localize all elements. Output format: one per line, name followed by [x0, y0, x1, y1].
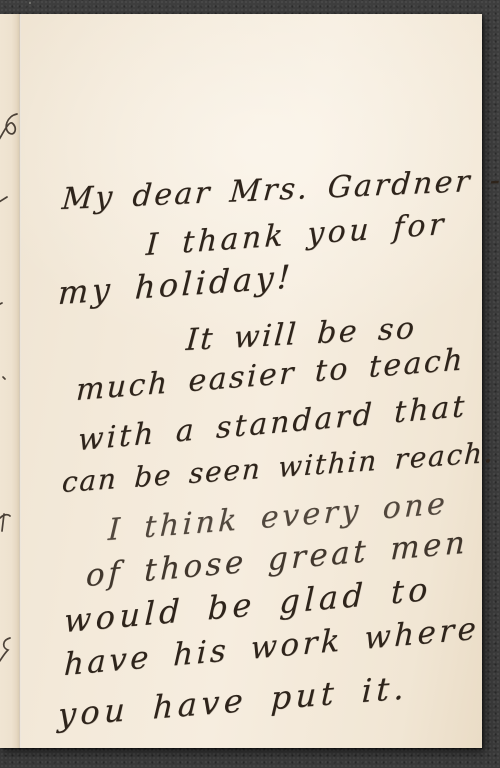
letter-page: My dear Mrs. Gardner - I thank you for m…	[0, 14, 482, 748]
handwritten-line: you have put it.	[57, 670, 409, 733]
ink-fragment-dot	[3, 377, 5, 379]
letter-photo: My dear Mrs. Gardner - I thank you for m…	[0, 0, 500, 768]
ink-fragments	[0, 14, 24, 748]
ink-fragment-flourish	[0, 114, 17, 146]
ink-fragment-cross-stroke	[0, 514, 10, 531]
handwritten-line: I thank you for	[145, 208, 448, 262]
ink-fragment-squiggle	[0, 638, 10, 662]
dust-speck	[29, 2, 31, 4]
ink-fragment-dash	[0, 197, 7, 202]
handwritten-line: my holiday!	[57, 259, 294, 311]
ink-fragment-tick	[0, 303, 2, 305]
